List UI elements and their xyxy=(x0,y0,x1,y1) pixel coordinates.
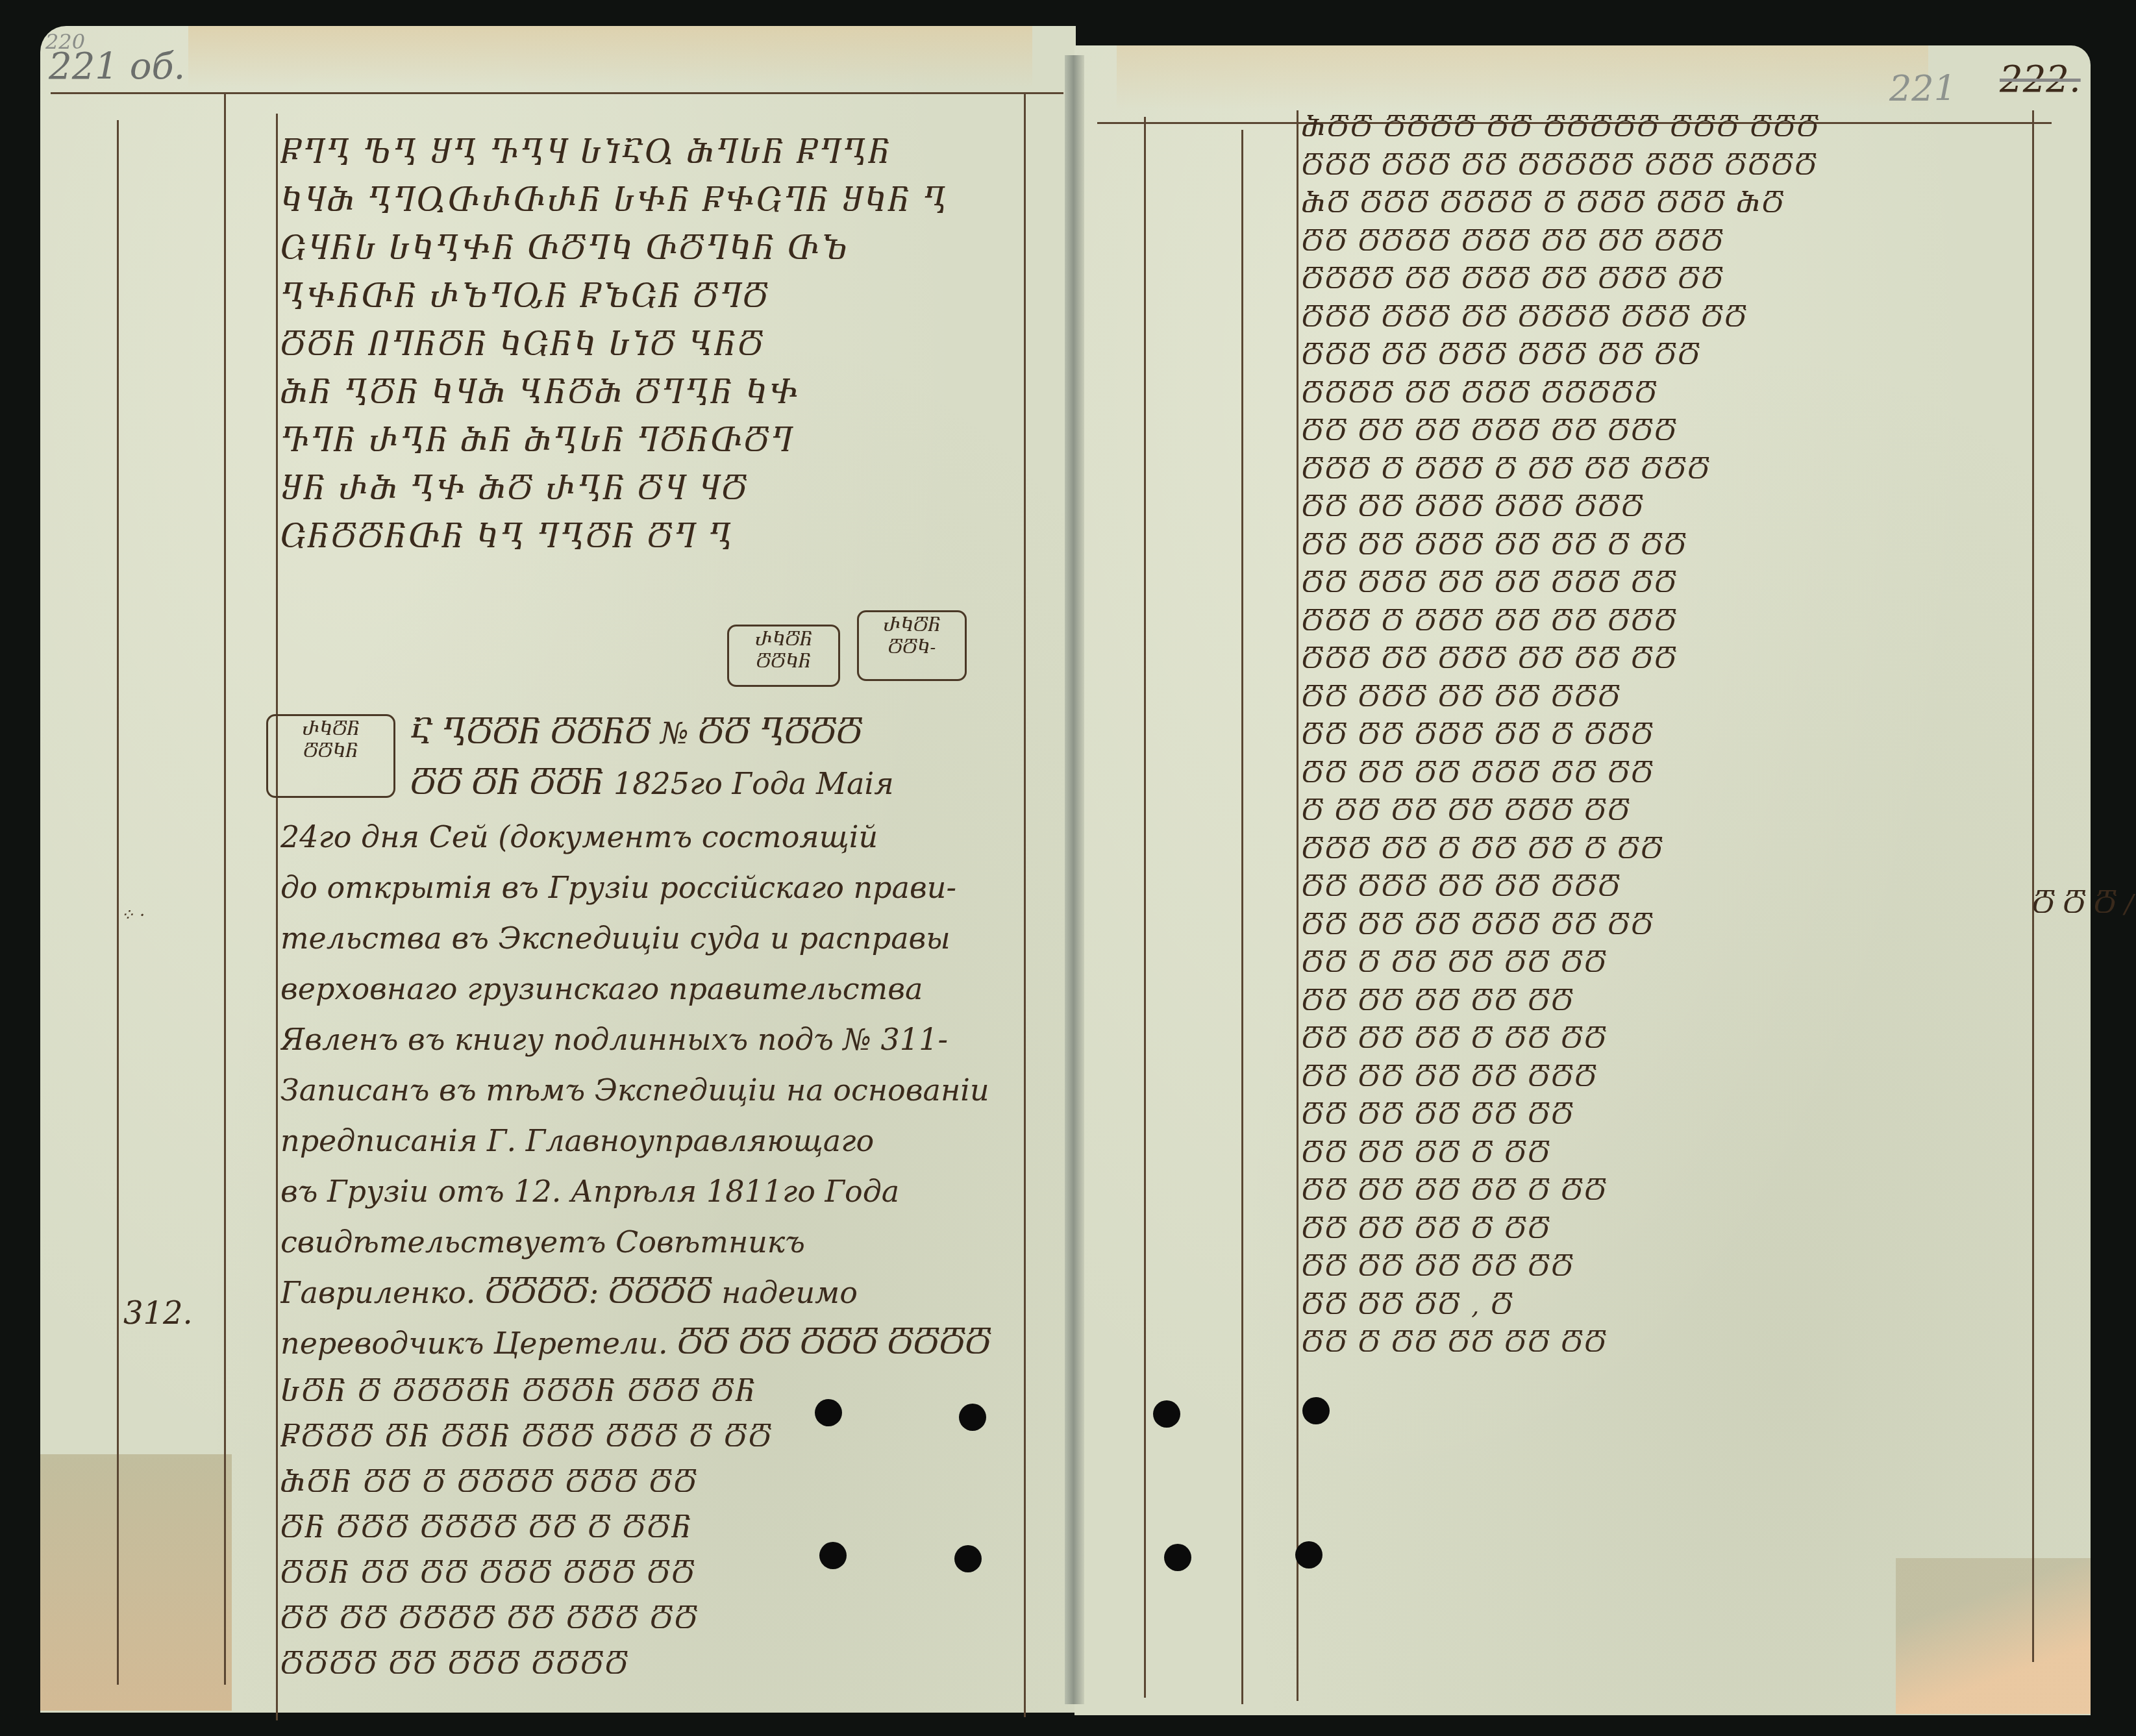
text-line: предписанія Г. Главноуправляющаго xyxy=(280,1115,1014,1166)
binding-hole xyxy=(1153,1400,1180,1428)
text-line: ႣႣႣ ႣႣ Ⴃ ႣႣ ႣႣ Ⴃ ႣႣ xyxy=(1302,831,2048,869)
text-line: ႣႣ ႣႬ ႣႣႬ 1825го Года Маія xyxy=(410,758,1144,809)
text-line: до открытія въ Грузіи россійскаго прави- xyxy=(280,862,1014,913)
text-line: ႣႣ ႣႣ ႣႣ ႣႣႣ ႣႣ ႣႣ xyxy=(1302,755,2048,793)
entry-number: 312. xyxy=(123,1295,193,1332)
folio-number-pencil: 221 xyxy=(1889,68,1956,109)
georgian-text-block: ႼႤႢ ႪႢ ႸႢ ႥႢႷ ႱႨႠႳ ႫႤႱႬ ႼႤႢႬ ႩႷႫ ႢႤႳႧႰႧႰ… xyxy=(280,130,1008,562)
seal-line: ႰႩႣႬ xyxy=(862,615,962,637)
text-line: ႢႵႬႧႬ ႰႦႤႭႬ ႼႦႺႬ ႣႤႣ xyxy=(280,274,1008,322)
text-line: ႣႣ ႣႣႣ ႣႣ ႣႣ ႣႣႣ ႣႣ xyxy=(1302,565,2048,603)
georgian-text-block: ႫႣႣ ႣႣႣႣ ႣႣ ႣႣႣႣႣ ႣႣႣ ႣႣႣ ႣႣႣ ႣႣႣ ႣႣ ႣႣႣ… xyxy=(1302,109,2048,1363)
text-line: ႣႣႣႣ ႣႣ ႣႣႣ ႣႣ ႣႣႣ ႣႣ xyxy=(1302,261,2048,299)
text-line: ႣႣႣ Ⴃ ႣႣႣ ႣႣ ႣႣ ႣႣႣ xyxy=(1302,603,2048,641)
text-line: ႫႬ ႢႣႬ ႩႷႫ ႡႬႣႫ ႣႤႢႬ ႩႵ xyxy=(280,370,1008,418)
russian-registration-note: 24го дня Сей (документъ состоящій до отк… xyxy=(280,812,1014,1369)
text-line: ႣႣႣ ႣႣႣ ႣႣ ႣႣႣႣႣ ႣႣႣ ႣႣႣႣ xyxy=(1302,147,2048,186)
text-line: верховнаго грузинскаго правительства xyxy=(280,963,1014,1014)
text-line: тельства въ Экспедиціи суда и расправы xyxy=(280,913,1014,963)
text-line: ႣႣ ႣႣ ႣႣႣ ႣႣ Ⴃ ႣႣႣ xyxy=(1302,717,2048,755)
text-line: ႣႣ ႣႣ ႣႣ Ⴃ ႣႣ ႣႣ xyxy=(1302,1021,2048,1059)
text-line: ႫႣႬ ႣႣ Ⴃ ႣႣႣႣ ႣႣႣ ႣႣ xyxy=(280,1461,1008,1506)
text-line: Гавриленко. ႣႣႣႣ: ႣႣႣႣ надеимо xyxy=(280,1267,1014,1318)
binding-hole xyxy=(819,1542,847,1569)
russian-registration-note: Ⴀ ႢႣႣႬ ႣႣႬႣ № ႣႣ ႢႣႣႣ ႣႣ ႣႬ ႣႣႬ 1825го Г… xyxy=(280,708,1144,809)
text-line: ႣႣ ႣႣ ႣႣ ႣႣႣ ႣႣ ႣႣႣ xyxy=(1302,413,2048,451)
text-line: ႺႷႬႱ ႱႩႢႵႬ ႧႣႤႩ ႧႣႤႩႬ ႧႦ xyxy=(280,226,1008,274)
text-line: ႣႣႣ ႣႣ ႣႣႣ ႣႣႣ ႣႣ ႣႣ xyxy=(1302,337,2048,375)
seal-line: ႣႣႩ- xyxy=(862,637,962,659)
text-line: ႣႣ ႣႣႣ ႣႣ ႣႣ ႣႣႣ xyxy=(1302,679,2048,717)
seal-line: ႰႩႣႬ xyxy=(732,629,836,651)
text-line: ႼႤႢ ႪႢ ႸႢ ႥႢႷ ႱႨႠႳ ႫႤႱႬ ႼႤႢႬ xyxy=(280,130,1008,178)
text-line: ႥႤႬ ႰႢႬ ႫႬ ႫႢႱႬ ႤႣႬႧႣႤ xyxy=(280,418,1008,466)
text-line: ႣႬ ႣႣႣ ႣႣႣႣ ႣႣ Ⴃ ႣႣႬ xyxy=(280,1506,1008,1552)
seal-box: ႰႩႣႬ ႣႣႩႬ xyxy=(727,625,840,687)
text-line: ႣႣ ႣႣ ႣႣႣ ႣႣ ႣႣ Ⴃ ႣႣ xyxy=(1302,527,2048,565)
binding-hole xyxy=(1295,1541,1323,1569)
text-line: ႣႣႣႣ ႣႣ ႣႣႣ ႣႣႣႣႣ xyxy=(1302,375,2048,414)
paper-stain xyxy=(188,26,1032,88)
text-line: ႣႣႣ ႣႣ ႣႣႣ ႣႣ ႣႣ ႣႣ xyxy=(1302,641,2048,679)
header-rule xyxy=(51,92,1063,94)
column-rule xyxy=(1144,117,1146,1698)
text-line: ႣႣ ႣႣ ႣႣ Ⴃ ႣႣ xyxy=(1302,1211,2048,1249)
folio-number-ink: 222. xyxy=(2000,58,2081,101)
paper-stain xyxy=(40,1454,232,1711)
text-line: Записанъ въ тѣмъ Экспедиціи на основаніи xyxy=(280,1065,1014,1115)
column-rule xyxy=(1241,130,1243,1704)
text-line: ႣႣ ႣႣ ႣႣ ႣႣ ႣႣ xyxy=(1302,1248,2048,1287)
text-line: 24го дня Сей (документъ состоящій xyxy=(280,812,1014,862)
text-line: въ Грузіи отъ 12. Апрѣля 1811го Года xyxy=(280,1166,1014,1217)
margin-note: Ⴃ Ⴃ Ⴃ / xyxy=(2032,889,2133,919)
binding-hole xyxy=(959,1404,986,1431)
text-line: ႣႣ ႣႣ ႣႣ , Ⴃ xyxy=(1302,1287,2048,1325)
column-rule xyxy=(117,120,119,1685)
binding-hole xyxy=(1164,1544,1191,1571)
text-line: ႣႣႣ ႣႣႣ ႣႣ ႣႣႣႣ ႣႣႣ ႣႣ xyxy=(1302,299,2048,338)
text-line: свидѣтельствуетъ Совѣтникъ xyxy=(280,1217,1014,1267)
seal-box: ႰႩႣႬ ႣႣႩ- xyxy=(857,610,967,681)
text-line: переводчикъ Церетели. ႣႣ ႣႣ ႣႣႣ ႣႣႣႣ xyxy=(280,1318,1014,1369)
text-line: ႣႣ ႣႣ ႣႣ ႣႣ ႣႣႣ xyxy=(1302,1059,2048,1097)
ink-specks: ⁘ · xyxy=(120,906,145,925)
binding-hole xyxy=(1302,1397,1330,1424)
folio-number: 221 об. xyxy=(49,45,185,88)
text-line: ႣႣႣ Ⴃ ႣႣႣ Ⴃ ႣႣ ႣႣ ႣႣႣ xyxy=(1302,451,2048,490)
text-line: ႺႬႣႣႬႧႬ ႩႢ ႤႢႣႬ ႣႤ Ⴂ xyxy=(280,514,1008,562)
text-line: Ⴀ ႢႣႣႬ ႣႣႬႣ № ႣႣ ႢႣႣႣ xyxy=(410,708,1144,758)
book-spine-gutter xyxy=(1065,55,1084,1704)
text-line: ႣႣ ႣႣ ႣႣ ႣႣ ႣႣ xyxy=(1302,1097,2048,1135)
paper-stain xyxy=(1117,45,1928,110)
text-line: ႣႣႣႣ ႣႣ ႣႣႣ ႣႣႣႣ xyxy=(280,1643,1008,1688)
text-line: Ⴃ ႣႣ ႣႣ ႣႣ ႣႣႣ ႣႣ xyxy=(1302,793,2048,831)
column-rule xyxy=(224,94,226,1685)
text-line: ႸႬ ႰႫ ႢႵ ႫႣ ႰႢႬ ႣႷ ႷႣ xyxy=(280,466,1008,514)
text-line: ႣႣ ႣႣ ႣႣ Ⴃ ႣႣ xyxy=(1302,1135,2048,1173)
column-rule xyxy=(276,114,278,1720)
text-line: ႣႣ ႣႣ ႣႣႣ ႣႣႣ ႣႣႣ xyxy=(1302,489,2048,527)
text-line: ႣႣႬ ႶႤႬႣႬ ႩႺႬႩ ႱႨႣ ႡႬႣ xyxy=(280,322,1008,370)
column-rule xyxy=(1297,110,1298,1701)
text-line: ႼႣႣႣ ႣႬ ႣႣႬ ႣႣႣ ႣႣႣ Ⴃ ႣႣ xyxy=(280,1415,1008,1461)
column-rule xyxy=(1024,94,1026,1717)
text-line: ႣႣ ႣႣ ႣႣႣႣ ႣႣ ႣႣႣ ႣႣ xyxy=(280,1597,1008,1643)
paper-stain xyxy=(1896,1558,2091,1714)
text-line: ႣႣႬ ႣႣ ႣႣ ႣႣႣ ႣႣႣ ႣႣ xyxy=(280,1552,1008,1597)
text-line: ႣႣ Ⴃ ႣႣ ႣႣ ႣႣ ႣႣ xyxy=(1302,1324,2048,1363)
text-line: ႫႣ ႣႣႣ ႣႣႣႣ Ⴃ ႣႣႣ ႣႣႣ ႫႣ xyxy=(1302,185,2048,223)
text-line: ႣႣ ႣႣႣ ႣႣ ႣႣ ႣႣႣ xyxy=(1302,869,2048,907)
text-line: ႫႣႣ ႣႣႣႣ ႣႣ ႣႣႣႣႣ ႣႣႣ ႣႣႣ xyxy=(1302,109,2048,147)
text-line: ႣႣ ႣႣ ႣႣ ႣႣ ႣႣ xyxy=(1302,983,2048,1021)
text-line: Явленъ въ книгу подлинныхъ подъ № 311- xyxy=(280,1014,1014,1065)
text-line: ႣႣ ႣႣႣႣ ႣႣႣ ႣႣ ႣႣ ႣႣႣ xyxy=(1302,223,2048,262)
text-line: ႩႷႫ ႢႤႳႧႰႧႰႬ ႱႵႬ ႼႵႺႤႬ ႸႩႬ Ⴂ xyxy=(280,178,1008,226)
seal-line: ႣႣႩႬ xyxy=(732,651,836,673)
georgian-text-block: ႱႣႬ Ⴃ ႣႣႣႣႬ ႣႣႣႬ ႣႣႣ ႣႬ ႼႣႣႣ ႣႬ ႣႣႬ ႣႣႣ … xyxy=(280,1370,1008,1688)
binding-hole xyxy=(954,1545,982,1572)
text-line: ႣႣ ႣႣ ႣႣ ႣႣ Ⴃ ႣႣ xyxy=(1302,1172,2048,1211)
binding-hole xyxy=(815,1399,842,1426)
text-line: ႣႣ Ⴃ ႣႣ ႣႣ ႣႣ ႣႣ xyxy=(1302,945,2048,983)
text-line: ႱႣႬ Ⴃ ႣႣႣႣႬ ႣႣႣႬ ႣႣႣ ႣႬ xyxy=(280,1370,1008,1415)
text-line: ႣႣ ႣႣ ႣႣ ႣႣႣ ႣႣ ႣႣ xyxy=(1302,907,2048,945)
